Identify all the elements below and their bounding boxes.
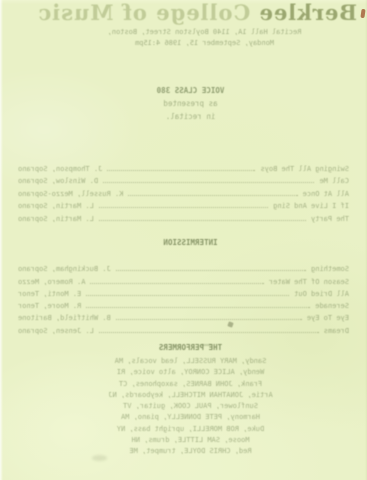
performer-credit: L. Martin, Soprano [18,202,94,210]
song-title: If I Live And Sing [273,202,349,210]
dotted-leader [86,307,310,308]
performer-credit: K. Russell, Mezzo-Soprano [18,190,123,198]
performer-credit: E. Monti, Tenor [18,290,81,298]
berklee-logo: Berklee College of Music [37,0,357,26]
performer-credit: B. Whitfield, Baritone [18,314,111,322]
program-row: Eye To EyeB. Whitfield, Baritone [18,310,349,322]
dotted-leader [90,283,263,284]
recital-title: VOICE CLASS 380 [7,84,367,97]
program-row: Season Of The WaterA. Romero, Mezzo [18,273,349,285]
bleed-through-sheet: Berklee College of Music Recital Hall 1A… [0,0,367,480]
date-line: Monday, September 15, 1986 4:15pm [21,39,367,47]
program-row: DreamsL. Jensen, Soprano [18,322,349,334]
recital-subtitle: as presented [7,97,367,110]
logo-text-secondary: College of Music [37,0,258,25]
performer-credit: R. Moore, Tenor [18,302,81,310]
song-title: Dreams [324,327,349,335]
performer-line: Artie, JONATHAN MITCHELL, keyboards, NJ [7,390,367,401]
dotted-leader [99,220,306,221]
program-row: The PartyL. Martin, Soprano [18,210,349,223]
dotted-leader [86,295,289,296]
page: Berklee College of Music Recital Hall 1A… [0,0,367,480]
performer-credit: J. Thompson, Soprano [18,165,102,173]
recital-title-block: VOICE CLASS 380 as presented in recital. [7,84,367,123]
performer-line: Wendy, ALICE CONROY, alto voice, RI [7,367,367,378]
performer-credit: J. Buckingham, Soprano [18,265,111,273]
paper-smudge [92,455,107,461]
song-title: Swinging All The Boys [260,165,349,173]
performer-credit: L. Martin, Soprano [18,215,94,223]
program-row: If I Live And SingL. Martin, Soprano [18,198,349,211]
program-section-2: SomethingJ. Buckingham, Soprano Season O… [18,261,349,335]
program-row: All Dried OutE. Monti, Tenor [18,286,349,298]
performer-line: Moose, SAM LITTLE, drums, NH [7,435,367,446]
program-row: All At OnceK. Russell, Mezzo-Soprano [18,185,349,198]
program-row: SerenadeR. Moore, Tenor [18,298,349,310]
performer-line: Red, CHRIS DOYLE, trumpet, ME [7,446,367,457]
performers-list: Sandy, MARY RUSSELL, lead vocals, MA Wen… [7,356,367,458]
performer-credit: A. Romero, Mezzo [18,278,85,286]
intermission-heading: INTERMISSION [7,238,367,247]
program-row: Call MeD. Winslow, Soprano [18,173,349,186]
performers-heading: THE PERFORMERS [7,343,367,352]
performer-line: Harmony, PETE DONNELLY, piano, MA [7,412,367,423]
performer-line: Sandy, MARY RUSSELL, lead vocals, MA [7,356,367,367]
dotted-leader [116,319,302,320]
song-title: The Party [311,215,349,223]
song-title: Call Me [319,177,349,185]
program-section-1: Swinging All The BoysJ. Thompson, Sopran… [18,160,349,223]
performer-line: Duke, ROB MORELLI, upright bass, NY [7,424,367,435]
dotted-leader [103,182,314,183]
performer-credit: L. Jensen, Soprano [18,327,94,335]
logo-text-primary: Berklee [259,0,357,25]
performer-credit: D. Winslow, Soprano [18,177,98,185]
dotted-leader [99,207,268,208]
song-title: All At Once [303,190,349,198]
dotted-leader [107,170,255,171]
program-row: SomethingJ. Buckingham, Soprano [18,261,349,273]
song-title: Eye To Eye [307,314,349,322]
venue-line: Recital Hall 1A, 1140 Boylston Street, B… [21,28,367,36]
dotted-leader [128,195,297,196]
song-title: All Dried Out [294,290,349,298]
dotted-leader [99,332,319,333]
recital-subtitle-2: in recital. [7,110,367,123]
dotted-leader [116,270,306,271]
performer-line: Frank, JOHN BARNES, saxophones, CT [7,379,367,390]
program-row: Swinging All The BoysJ. Thompson, Sopran… [18,160,349,173]
performer-line: Sunflower, PAUL COOK, guitar, VT [7,401,367,412]
smudge-dash [202,344,211,346]
song-title: Something [311,265,349,273]
song-title: Serenade [315,302,349,310]
song-title: Season Of The Water [269,278,349,286]
